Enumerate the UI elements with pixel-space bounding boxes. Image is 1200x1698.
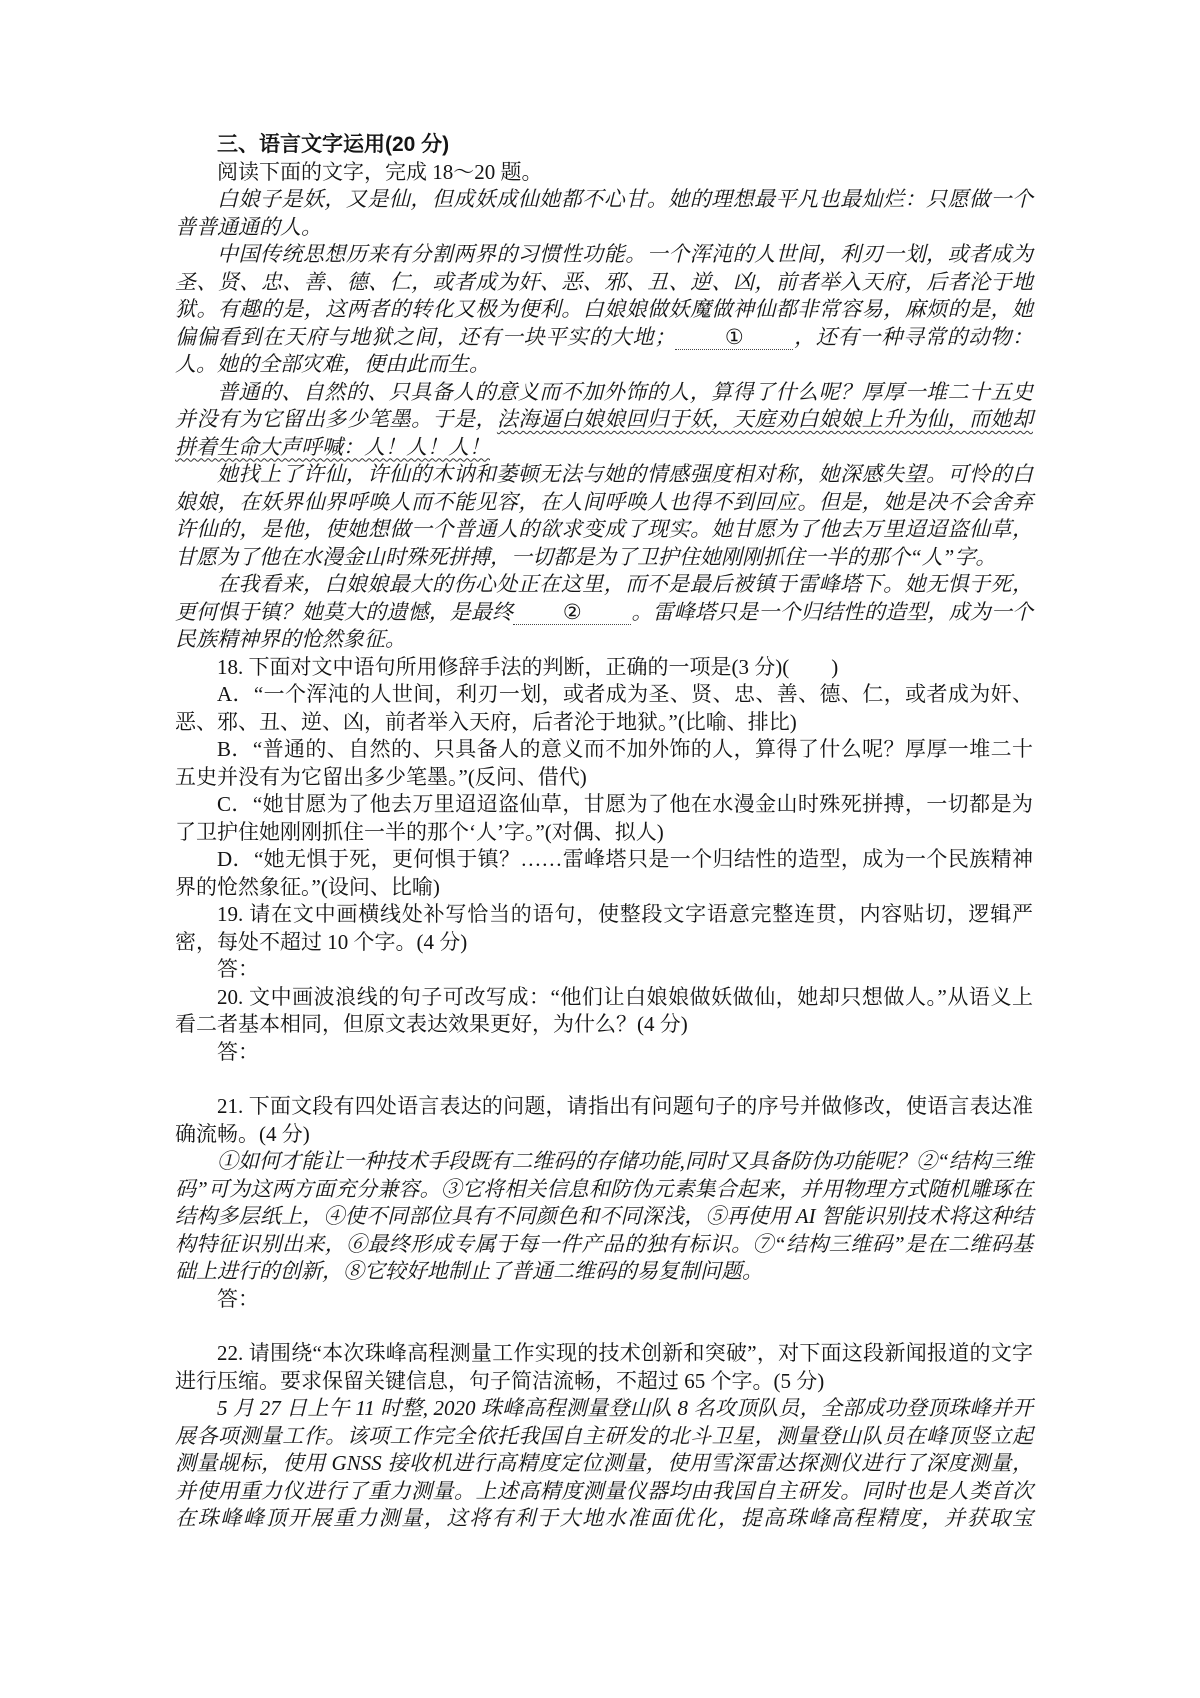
question-18-option-d: D．“她无惧于死，更何惧于镇？……雷峰塔只是一个归结性的造型，成为一个民族精神界… <box>175 846 1033 901</box>
question-21-stem: 21. 下面文段有四处语言表达的问题，请指出有问题句子的序号并做修改，使语言表达… <box>175 1093 1033 1148</box>
fill-in-blank-2: ② <box>513 600 631 625</box>
fill-in-blank-1: ① <box>675 325 793 350</box>
question-20-answer-label: 答： <box>175 1039 1033 1067</box>
passage-paragraph-5: 在我看来，白娘娘最大的伤心处正在这里，而不是最后被镇于雷峰塔下。她无惧于死，更何… <box>175 571 1033 654</box>
question-18-option-c: C．“她甘愿为了他去万里迢迢盗仙草，甘愿为了他在水漫金山时殊死拼搏，一切都是为了… <box>175 791 1033 846</box>
question-21-answer-label: 答： <box>175 1286 1033 1314</box>
section-heading: 三、语言文字运用(20 分) <box>175 131 1033 159</box>
question-18-stem: 18. 下面对文中语句所用修辞手法的判断，正确的一项是(3 分)( ) <box>175 654 1033 682</box>
question-21-passage: ①如何才能让一种技术手段既有二维码的存储功能,同时又具备防伪功能呢？②“结构三维… <box>175 1148 1033 1286</box>
blank-answer-space-q20 <box>175 1066 1033 1093</box>
question-20-stem: 20. 文中画波浪线的句子可改写成：“他们让白娘娘做妖做仙，她却只想做人。”从语… <box>175 984 1033 1039</box>
question-18-option-b: B．“普通的、自然的、只具备人的意义而不加外饰的人，算得了什么呢？厚厚一堆二十五… <box>175 736 1033 791</box>
blank-answer-space-q21 <box>175 1313 1033 1340</box>
reading-instruction: 阅读下面的文字，完成 18～20 题。 <box>175 159 1033 187</box>
question-22-passage: 5 月 27 日上午 11 时整, 2020 珠峰高程测量登山队 8 名攻顶队员… <box>175 1395 1033 1533</box>
passage-paragraph-3: 普通的、自然的、只具备人的意义而不加外饰的人，算得了什么呢？厚厚一堆二十五史并没… <box>175 379 1033 462</box>
passage-paragraph-2: 中国传统思想历来有分割两界的习惯性功能。一个浑沌的人世间，利刃一划，或者成为圣、… <box>175 241 1033 379</box>
question-22-stem: 22. 请围绕“本次珠峰高程测量工作实现的技术创新和突破”，对下面这段新闻报道的… <box>175 1340 1033 1395</box>
blank-2-number: ② <box>563 600 582 624</box>
passage-paragraph-1: 白娘子是妖，又是仙，但成妖成仙她都不心甘。她的理想最平凡也最灿烂：只愿做一个普普… <box>175 186 1033 241</box>
passage-paragraph-4: 她找上了许仙，许仙的木讷和萎顿无法与她的情感强度相对称，她深感失望。可怜的白娘娘… <box>175 461 1033 571</box>
question-18-option-a: A．“一个浑沌的人世间，利刃一划，或者成为圣、贤、忠、善、德、仁，或者成为奸、恶… <box>175 681 1033 736</box>
blank-1-number: ① <box>725 325 744 349</box>
question-19-answer-label: 答： <box>175 956 1033 984</box>
exam-page-section: 三、语言文字运用(20 分) 阅读下面的文字，完成 18～20 题。 白娘子是妖… <box>175 131 1033 1533</box>
question-19-stem: 19. 请在文中画横线处补写恰当的语句，使整段文字语意完整连贯，内容贴切，逻辑严… <box>175 901 1033 956</box>
